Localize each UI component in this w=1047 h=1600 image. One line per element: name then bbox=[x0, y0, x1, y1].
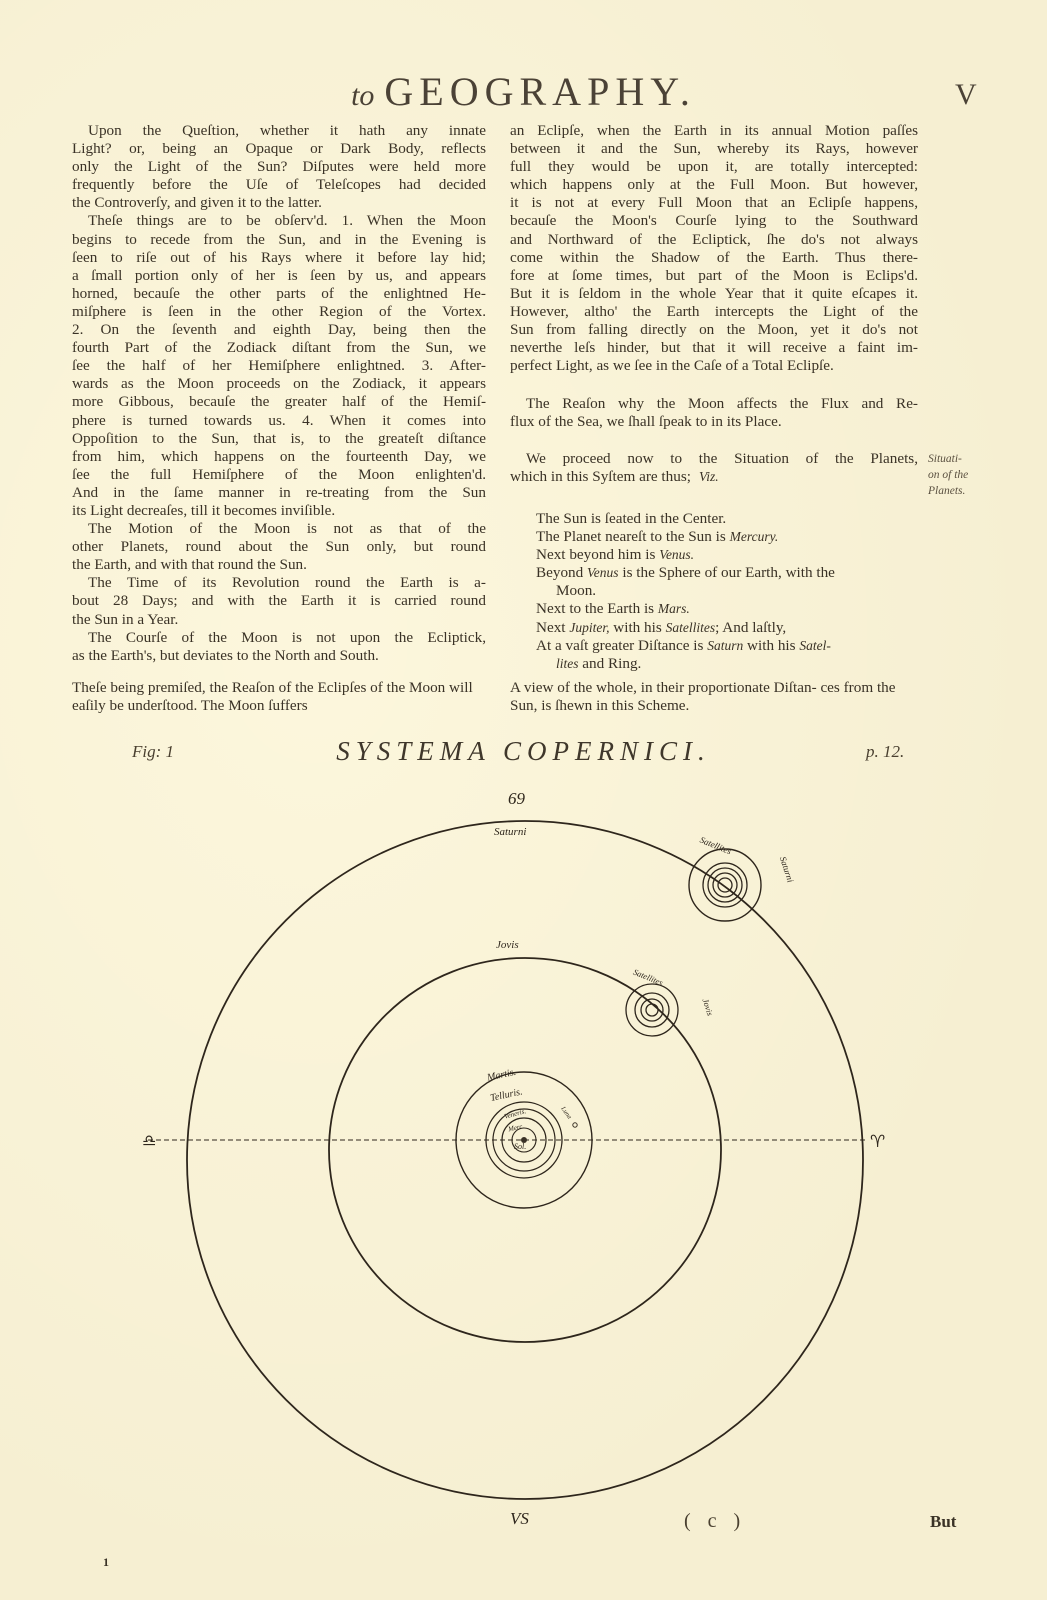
saturn-label: Saturni bbox=[494, 826, 526, 838]
saturn-satellites-of-label: Saturni bbox=[778, 855, 796, 884]
libra-sign-icon: ♎ bbox=[142, 1131, 156, 1150]
moon-label: Luna bbox=[559, 1105, 573, 1121]
aries-sign-icon: ♈ bbox=[870, 1132, 885, 1152]
saturn-orbit bbox=[187, 821, 863, 1499]
jupiter-satellites-of-label: Jovis bbox=[701, 997, 716, 1017]
catchword: But bbox=[930, 1512, 956, 1532]
saturn-satellites-system bbox=[689, 849, 761, 921]
jupiter-satellites-system bbox=[626, 984, 678, 1036]
jupiter-label: Jovis bbox=[496, 939, 519, 951]
venus-label: Veneris. bbox=[503, 1107, 527, 1121]
top-number: 69 bbox=[508, 789, 526, 808]
mars-label: Martis. bbox=[485, 1067, 517, 1084]
signature-mark: ( c ) bbox=[684, 1510, 746, 1533]
corner-mark: 1 bbox=[103, 1555, 109, 1570]
bottom-sign-capricorn: VS bbox=[510, 1509, 529, 1528]
sun-label: Sol. bbox=[514, 1142, 526, 1151]
moon-icon bbox=[573, 1123, 577, 1127]
saturn-satellites-label: Satellites bbox=[698, 835, 733, 857]
earth-label: Telluris. bbox=[489, 1086, 523, 1104]
copernican-system-diagram: 69 Saturni Satellites Saturni Jovis Sate… bbox=[0, 0, 1047, 1600]
